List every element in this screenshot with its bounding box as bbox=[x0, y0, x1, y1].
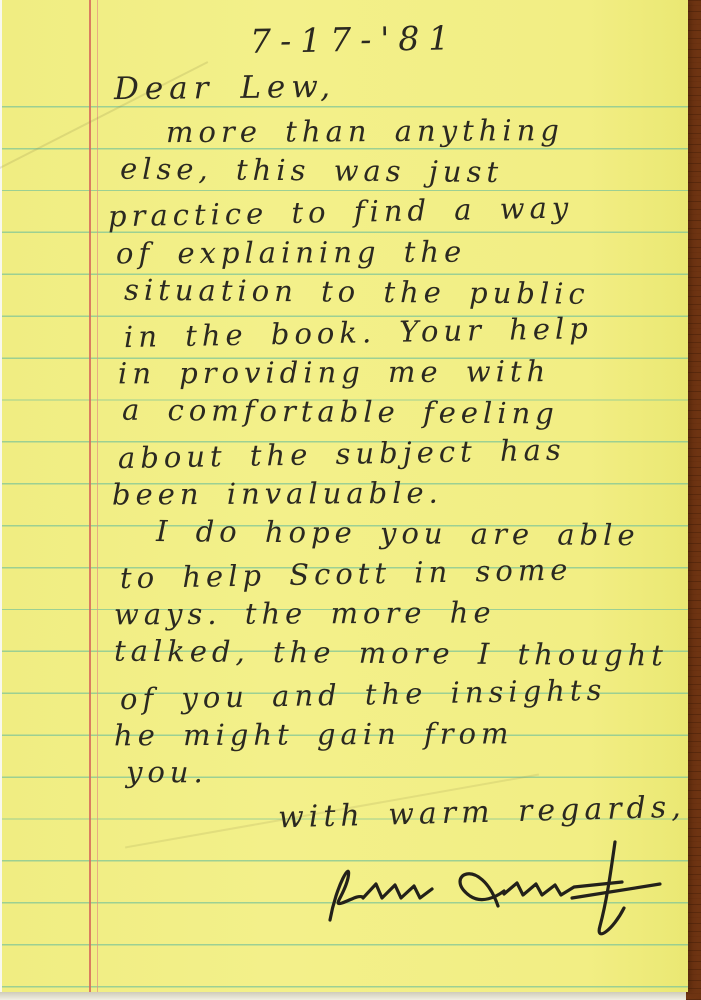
letter-body: more than anything else, this was just p… bbox=[108, 114, 668, 797]
paper-bottom-edge bbox=[0, 992, 686, 1000]
letter-line: of explaining the bbox=[108, 233, 668, 276]
letter-page: 7-17-'81 Dear Lew, more than anything el… bbox=[0, 0, 688, 992]
red-margin-line-inner bbox=[97, 0, 98, 992]
letter-line: about the subject has bbox=[108, 430, 669, 481]
red-margin-line bbox=[89, 0, 91, 992]
signature-svg bbox=[320, 838, 670, 938]
scanned-letter-photo: 7-17-'81 Dear Lew, more than anything el… bbox=[0, 0, 701, 1000]
letter-line: practice to find a way bbox=[108, 189, 669, 240]
letter-line: in providing me with bbox=[108, 354, 668, 397]
letter-line: he might gain from bbox=[108, 715, 668, 758]
letter-line: been invaluable. bbox=[108, 474, 668, 517]
letter-line: in the book. Your help bbox=[108, 310, 669, 361]
letter-line: a comfortable feeling bbox=[108, 393, 668, 438]
signature-scrawl bbox=[320, 838, 670, 938]
letter-line: ways. the more he bbox=[108, 595, 668, 638]
letter-line: more than anything bbox=[108, 113, 668, 156]
letter-line: of you and the insights bbox=[108, 671, 669, 722]
date-line: 7-17-'81 bbox=[250, 18, 459, 61]
salutation: Dear Lew, bbox=[114, 69, 336, 107]
